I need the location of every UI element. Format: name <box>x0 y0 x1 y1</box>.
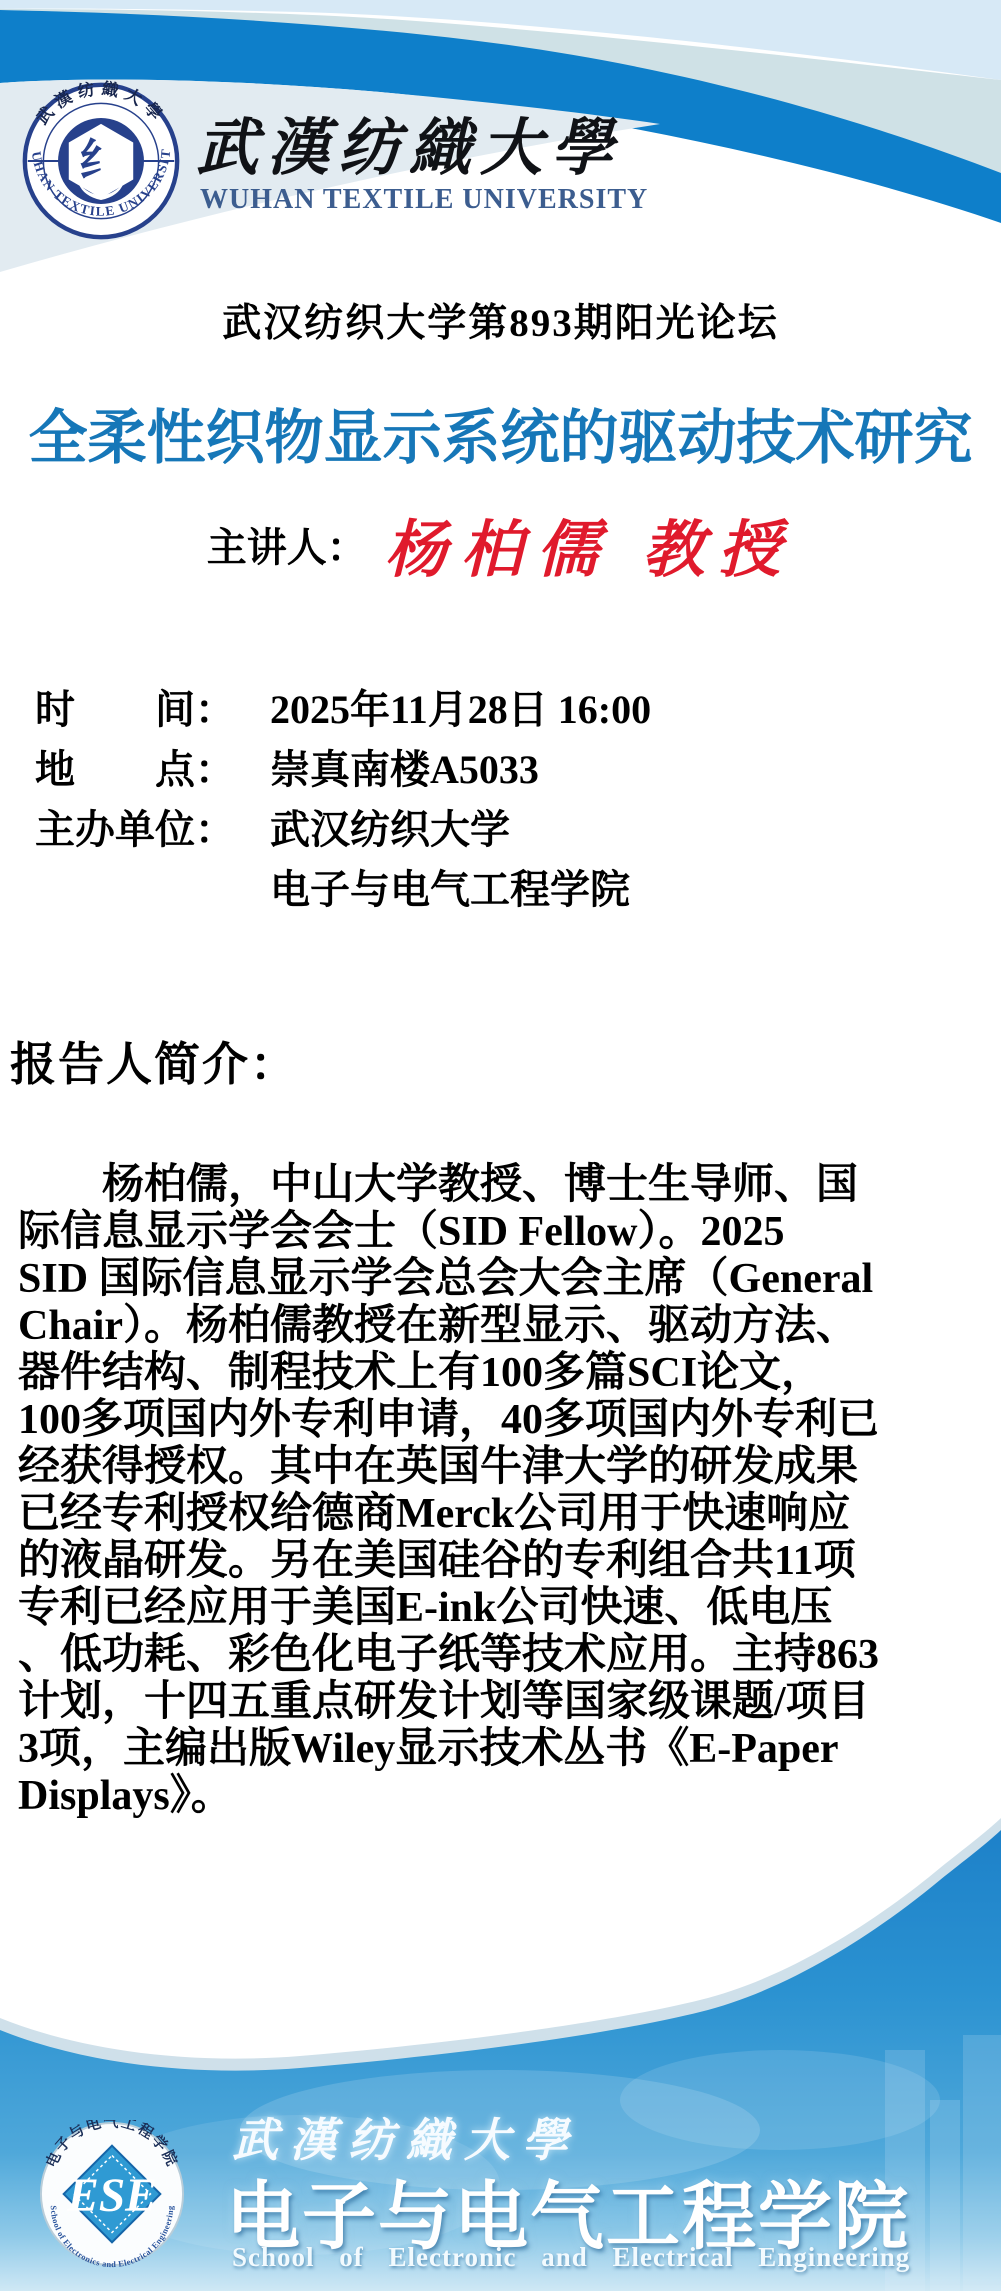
bio-line: 经获得授权。其中在英国牛津大学的研发成果 <box>18 1444 993 1491</box>
info-label: 主办单位： <box>35 800 235 860</box>
bio-line: 计划，十四五重点研发计划等国家级课题/项目 <box>18 1679 993 1726</box>
badge-center-letters: ESE <box>66 2170 157 2222</box>
info-row: 主办单位：武汉纺织大学 <box>35 800 651 860</box>
footer-school-name-en: School of Electronic and Electrical Engi… <box>232 2242 910 2273</box>
speaker-name: 杨柏儒 教授 <box>385 517 795 585</box>
bio-heading: 报告人简介： <box>10 1028 298 1094</box>
university-name-english: WUHAN TEXTILE UNIVERSITY <box>200 184 648 216</box>
info-row: 时 间：2025年11月28日 16:00 <box>35 680 651 740</box>
info-row: 电子与电气工程学院 <box>35 860 651 920</box>
bio-line: 、低功耗、彩色化电子纸等技术应用。主持863 <box>18 1632 993 1679</box>
info-value: 2025年11月28日 16:00 <box>270 687 651 732</box>
bio-lines: 杨柏儒，中山大学教授、博士生导师、国际信息显示学会会士（SID Fellow）。… <box>18 1162 993 1820</box>
university-name-calligraphy: 武漢纺織大學 <box>196 98 622 187</box>
university-seal: 武漢纺織大學 WUHAN TEXTILE UNIVERSITY 纟 <box>18 78 184 244</box>
speaker-row: 主讲人：杨柏儒 教授 <box>0 500 1001 589</box>
bio-line: 已经专利授权给德商Merck公司用于快速响应 <box>18 1491 993 1538</box>
bio-line: 的液晶研发。另在美国硅谷的专利组合共11项 <box>18 1538 993 1585</box>
speaker-label: 主讲人： <box>207 525 367 570</box>
bio-line: 际信息显示学会会士（SID Fellow）。2025 <box>18 1209 993 1256</box>
bio-line: Chair）。杨柏儒教授在新型显示、驱动方法、 <box>18 1303 993 1350</box>
bio-line: 100多项国内外专利申请，40多项国内外专利已 <box>18 1397 993 1444</box>
bio-line: 器件结构、制程技术上有100多篇SCI论文， <box>18 1350 993 1397</box>
info-label: 时 间： <box>35 680 235 740</box>
details-rows: 时 间：2025年11月28日 16:00地 点：崇真南楼A5033主办单位：武… <box>35 680 651 920</box>
forum-series-title: 武汉纺织大学第893期阳光论坛 <box>0 292 1001 348</box>
info-value: 电子与电气工程学院 <box>270 867 630 912</box>
info-label: 地 点： <box>35 740 235 800</box>
bio-line: 专利已经应用于美国E-ink公司快速、低电压 <box>18 1585 993 1632</box>
info-value: 武汉纺织大学 <box>270 807 510 852</box>
lecture-title: 全柔性织物显示系统的驱动技术研究 <box>0 390 1001 475</box>
lecture-poster: 武漢纺織大學 WUHAN TEXTILE UNIVERSITY 纟 武漢纺織大學… <box>0 0 1001 2291</box>
info-row: 地 点：崇真南楼A5033 <box>35 740 651 800</box>
bio-line: 3项，主编出版Wiley显示技术丛书《E-Paper <box>18 1726 993 1773</box>
school-badge: 电子与电气工程学院 School of Electronics and Elec… <box>38 2120 186 2268</box>
bio-line: SID 国际信息显示学会总会大会主席（General <box>18 1256 993 1303</box>
seal-silk-glyph: 纟 <box>79 136 124 186</box>
info-value: 崇真南楼A5033 <box>270 747 539 792</box>
bio-line: 杨柏儒，中山大学教授、博士生导师、国 <box>18 1162 993 1209</box>
